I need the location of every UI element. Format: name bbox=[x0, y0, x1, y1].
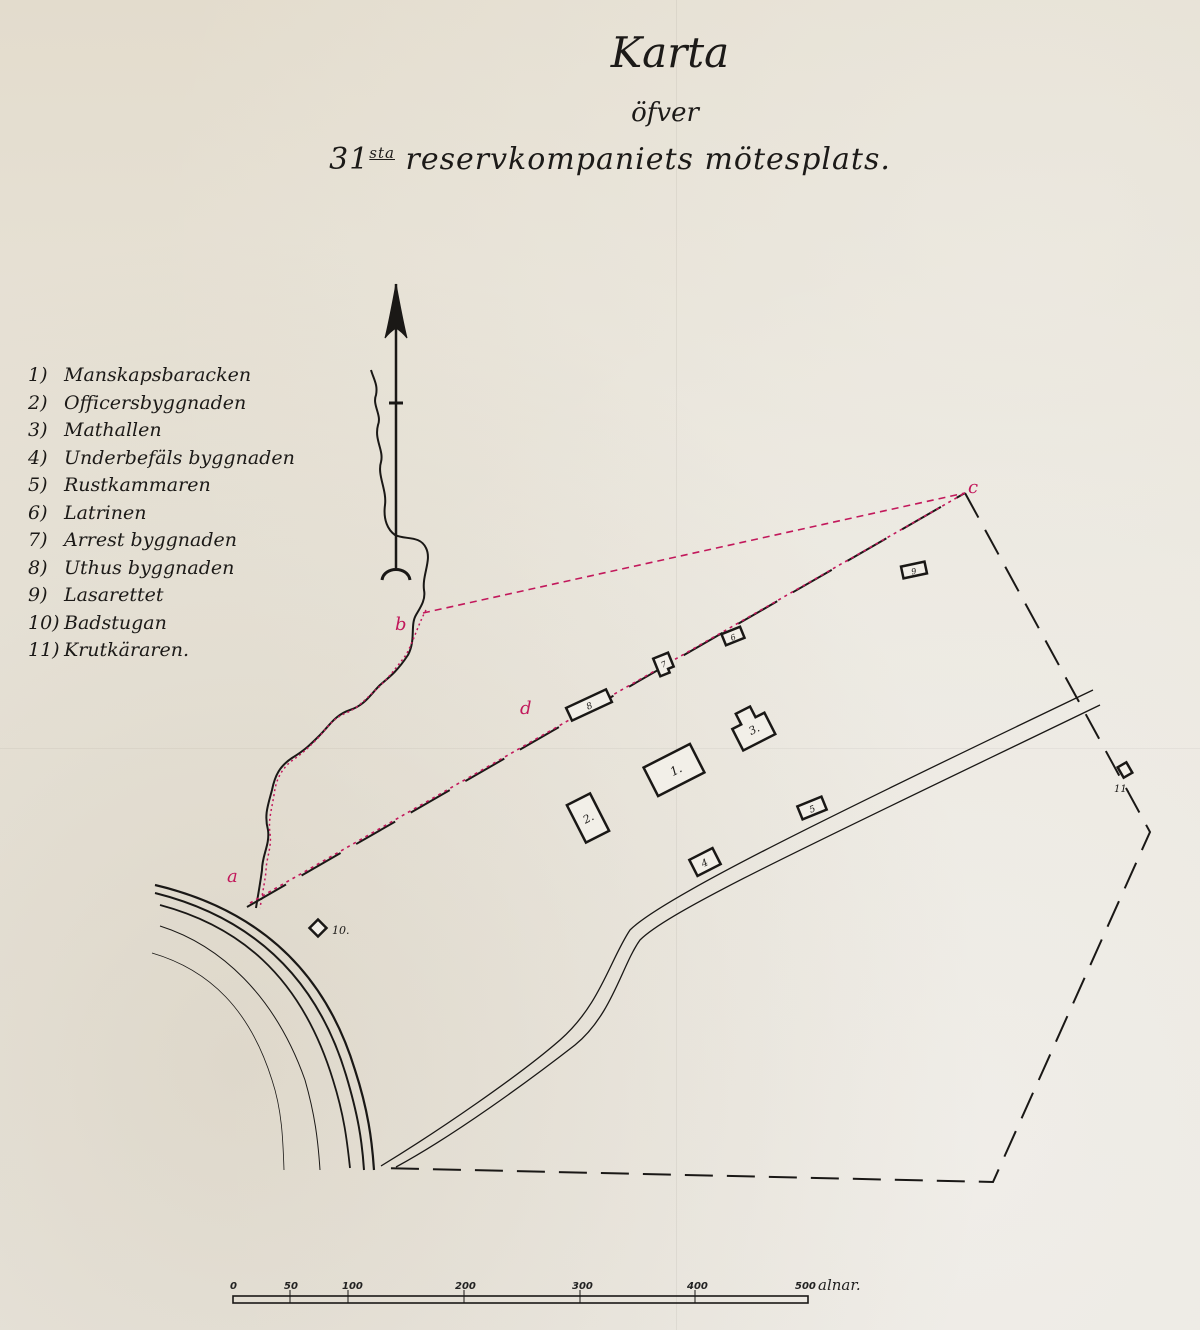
survey-point-d: d bbox=[520, 698, 532, 719]
building-9-lasarettet[interactable]: 9 bbox=[901, 562, 927, 579]
building-3-mathallen[interactable]: 3. bbox=[727, 702, 775, 750]
building-11-krutkaralen[interactable] bbox=[1118, 762, 1133, 777]
road bbox=[381, 690, 1100, 1167]
scale-bar: 0 50 100 200 300 400 500 alnar. bbox=[230, 1276, 861, 1303]
survey-point-a: a bbox=[227, 866, 238, 887]
stream-survey-line bbox=[260, 610, 426, 908]
building-1-manskapsbaracken[interactable]: 1. bbox=[644, 744, 705, 796]
building-7-arrest-byggnaden[interactable]: 7 bbox=[653, 653, 675, 677]
scale-tick-0: 0 bbox=[230, 1281, 237, 1292]
survey-point-c: c bbox=[968, 477, 978, 498]
building-10-label: 10. bbox=[332, 924, 350, 937]
stream-line bbox=[256, 370, 428, 908]
scale-tick-300: 300 bbox=[572, 1281, 593, 1292]
scale-tick-400: 400 bbox=[686, 1281, 708, 1292]
building-11-label: 11. bbox=[1114, 784, 1130, 795]
building-10-badstugan[interactable] bbox=[310, 920, 327, 937]
scale-tick-500: 500 bbox=[795, 1281, 816, 1292]
building-5-rustkammaren[interactable]: 5 bbox=[797, 797, 826, 820]
scale-unit: alnar. bbox=[818, 1276, 861, 1294]
scale-tick-50: 50 bbox=[284, 1281, 298, 1292]
property-boundary bbox=[247, 493, 1150, 1182]
scale-tick-100: 100 bbox=[342, 1281, 363, 1292]
site-plan: a b c d 1. 2. 3. 4 5 bbox=[0, 0, 1200, 1330]
building-6-latrinen[interactable]: 6 bbox=[721, 627, 744, 646]
survey-point-b: b bbox=[395, 614, 407, 635]
map-sheet: Karta öfver 31sta reservkompaniets mötes… bbox=[0, 0, 1200, 1330]
scale-tick-200: 200 bbox=[455, 1281, 476, 1292]
building-2-officersbyggnaden[interactable]: 2. bbox=[567, 793, 609, 842]
building-4-underbefals-byggnaden[interactable]: 4 bbox=[689, 848, 720, 876]
building-8-uthus-byggnaden[interactable]: 8 bbox=[566, 689, 612, 720]
